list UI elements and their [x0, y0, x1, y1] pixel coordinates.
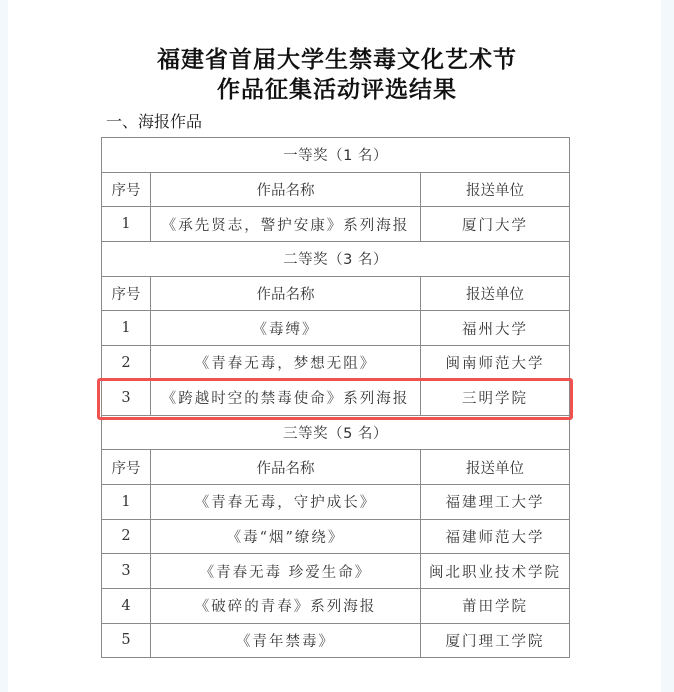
- column-header-unit: 报送单位: [421, 172, 570, 207]
- prize-header-first: 一等奖（1 名）: [102, 138, 570, 173]
- table-row: 1 《青春无毒，守护成长》 福建理工大学: [102, 484, 570, 519]
- table-row-highlighted: 3 《跨越时空的禁毒使命》系列海报 三明学院: [102, 380, 570, 415]
- row-number: 3: [102, 380, 151, 415]
- work-title: 《毒“烟”缭绕》: [151, 519, 421, 554]
- column-header-work: 作品名称: [151, 450, 421, 485]
- submitting-unit: 闽南师范大学: [421, 346, 570, 381]
- row-number: 1: [102, 311, 151, 346]
- work-title: 《跨越时空的禁毒使命》系列海报: [151, 380, 421, 415]
- prize-header-second: 二等奖（3 名）: [102, 242, 570, 277]
- column-header-row: 序号 作品名称 报送单位: [102, 172, 570, 207]
- document-title-line1: 福建省首届大学生禁毒文化艺术节: [0, 45, 674, 75]
- column-header-no: 序号: [102, 172, 151, 207]
- column-header-work: 作品名称: [151, 276, 421, 311]
- submitting-unit: 莆田学院: [421, 588, 570, 623]
- table-row: 2 《青春无毒，梦想无阻》 闽南师范大学: [102, 346, 570, 381]
- prize-header-row: 三等奖（5 名）: [102, 415, 570, 450]
- row-number: 1: [102, 484, 151, 519]
- row-number: 2: [102, 346, 151, 381]
- column-header-unit: 报送单位: [421, 450, 570, 485]
- row-number: 5: [102, 623, 151, 658]
- work-title: 《青春无毒 珍爱生命》: [151, 554, 421, 589]
- submitting-unit: 闽北职业技术学院: [421, 554, 570, 589]
- prize-header-row: 一等奖（1 名）: [102, 138, 570, 173]
- document-title-line2: 作品征集活动评选结果: [0, 75, 674, 105]
- table-row: 5 《青年禁毒》 厦门理工学院: [102, 623, 570, 658]
- table-row: 3 《青春无毒 珍爱生命》 闽北职业技术学院: [102, 554, 570, 589]
- column-header-no: 序号: [102, 276, 151, 311]
- work-title: 《承先贤志，警护安康》系列海报: [151, 207, 421, 242]
- prize-header-row: 二等奖（3 名）: [102, 242, 570, 277]
- table-row: 1 《毒缚》 福州大学: [102, 311, 570, 346]
- submitting-unit: 厦门大学: [421, 207, 570, 242]
- row-number: 2: [102, 519, 151, 554]
- submitting-unit: 福建师范大学: [421, 519, 570, 554]
- table-row: 2 《毒“烟”缭绕》 福建师范大学: [102, 519, 570, 554]
- row-number: 4: [102, 588, 151, 623]
- row-number: 3: [102, 554, 151, 589]
- table-row: 4 《破碎的青春》系列海报 莆田学院: [102, 588, 570, 623]
- submitting-unit: 福州大学: [421, 311, 570, 346]
- column-header-work: 作品名称: [151, 172, 421, 207]
- column-header-no: 序号: [102, 450, 151, 485]
- prize-header-third: 三等奖（5 名）: [102, 415, 570, 450]
- column-header-row: 序号 作品名称 报送单位: [102, 450, 570, 485]
- work-title: 《青春无毒，守护成长》: [151, 484, 421, 519]
- work-title: 《破碎的青春》系列海报: [151, 588, 421, 623]
- submitting-unit: 厦门理工学院: [421, 623, 570, 658]
- work-title: 《毒缚》: [151, 311, 421, 346]
- row-number: 1: [102, 207, 151, 242]
- submitting-unit: 福建理工大学: [421, 484, 570, 519]
- work-title: 《青春无毒，梦想无阻》: [151, 346, 421, 381]
- table-row: 1 《承先贤志，警护安康》系列海报 厦门大学: [102, 207, 570, 242]
- work-title: 《青年禁毒》: [151, 623, 421, 658]
- column-header-unit: 报送单位: [421, 276, 570, 311]
- awards-table: 一等奖（1 名） 序号 作品名称 报送单位 1 《承先贤志，警护安康》系列海报 …: [101, 137, 570, 658]
- section-heading: 一、海报作品: [106, 110, 202, 134]
- submitting-unit: 三明学院: [421, 380, 570, 415]
- column-header-row: 序号 作品名称 报送单位: [102, 276, 570, 311]
